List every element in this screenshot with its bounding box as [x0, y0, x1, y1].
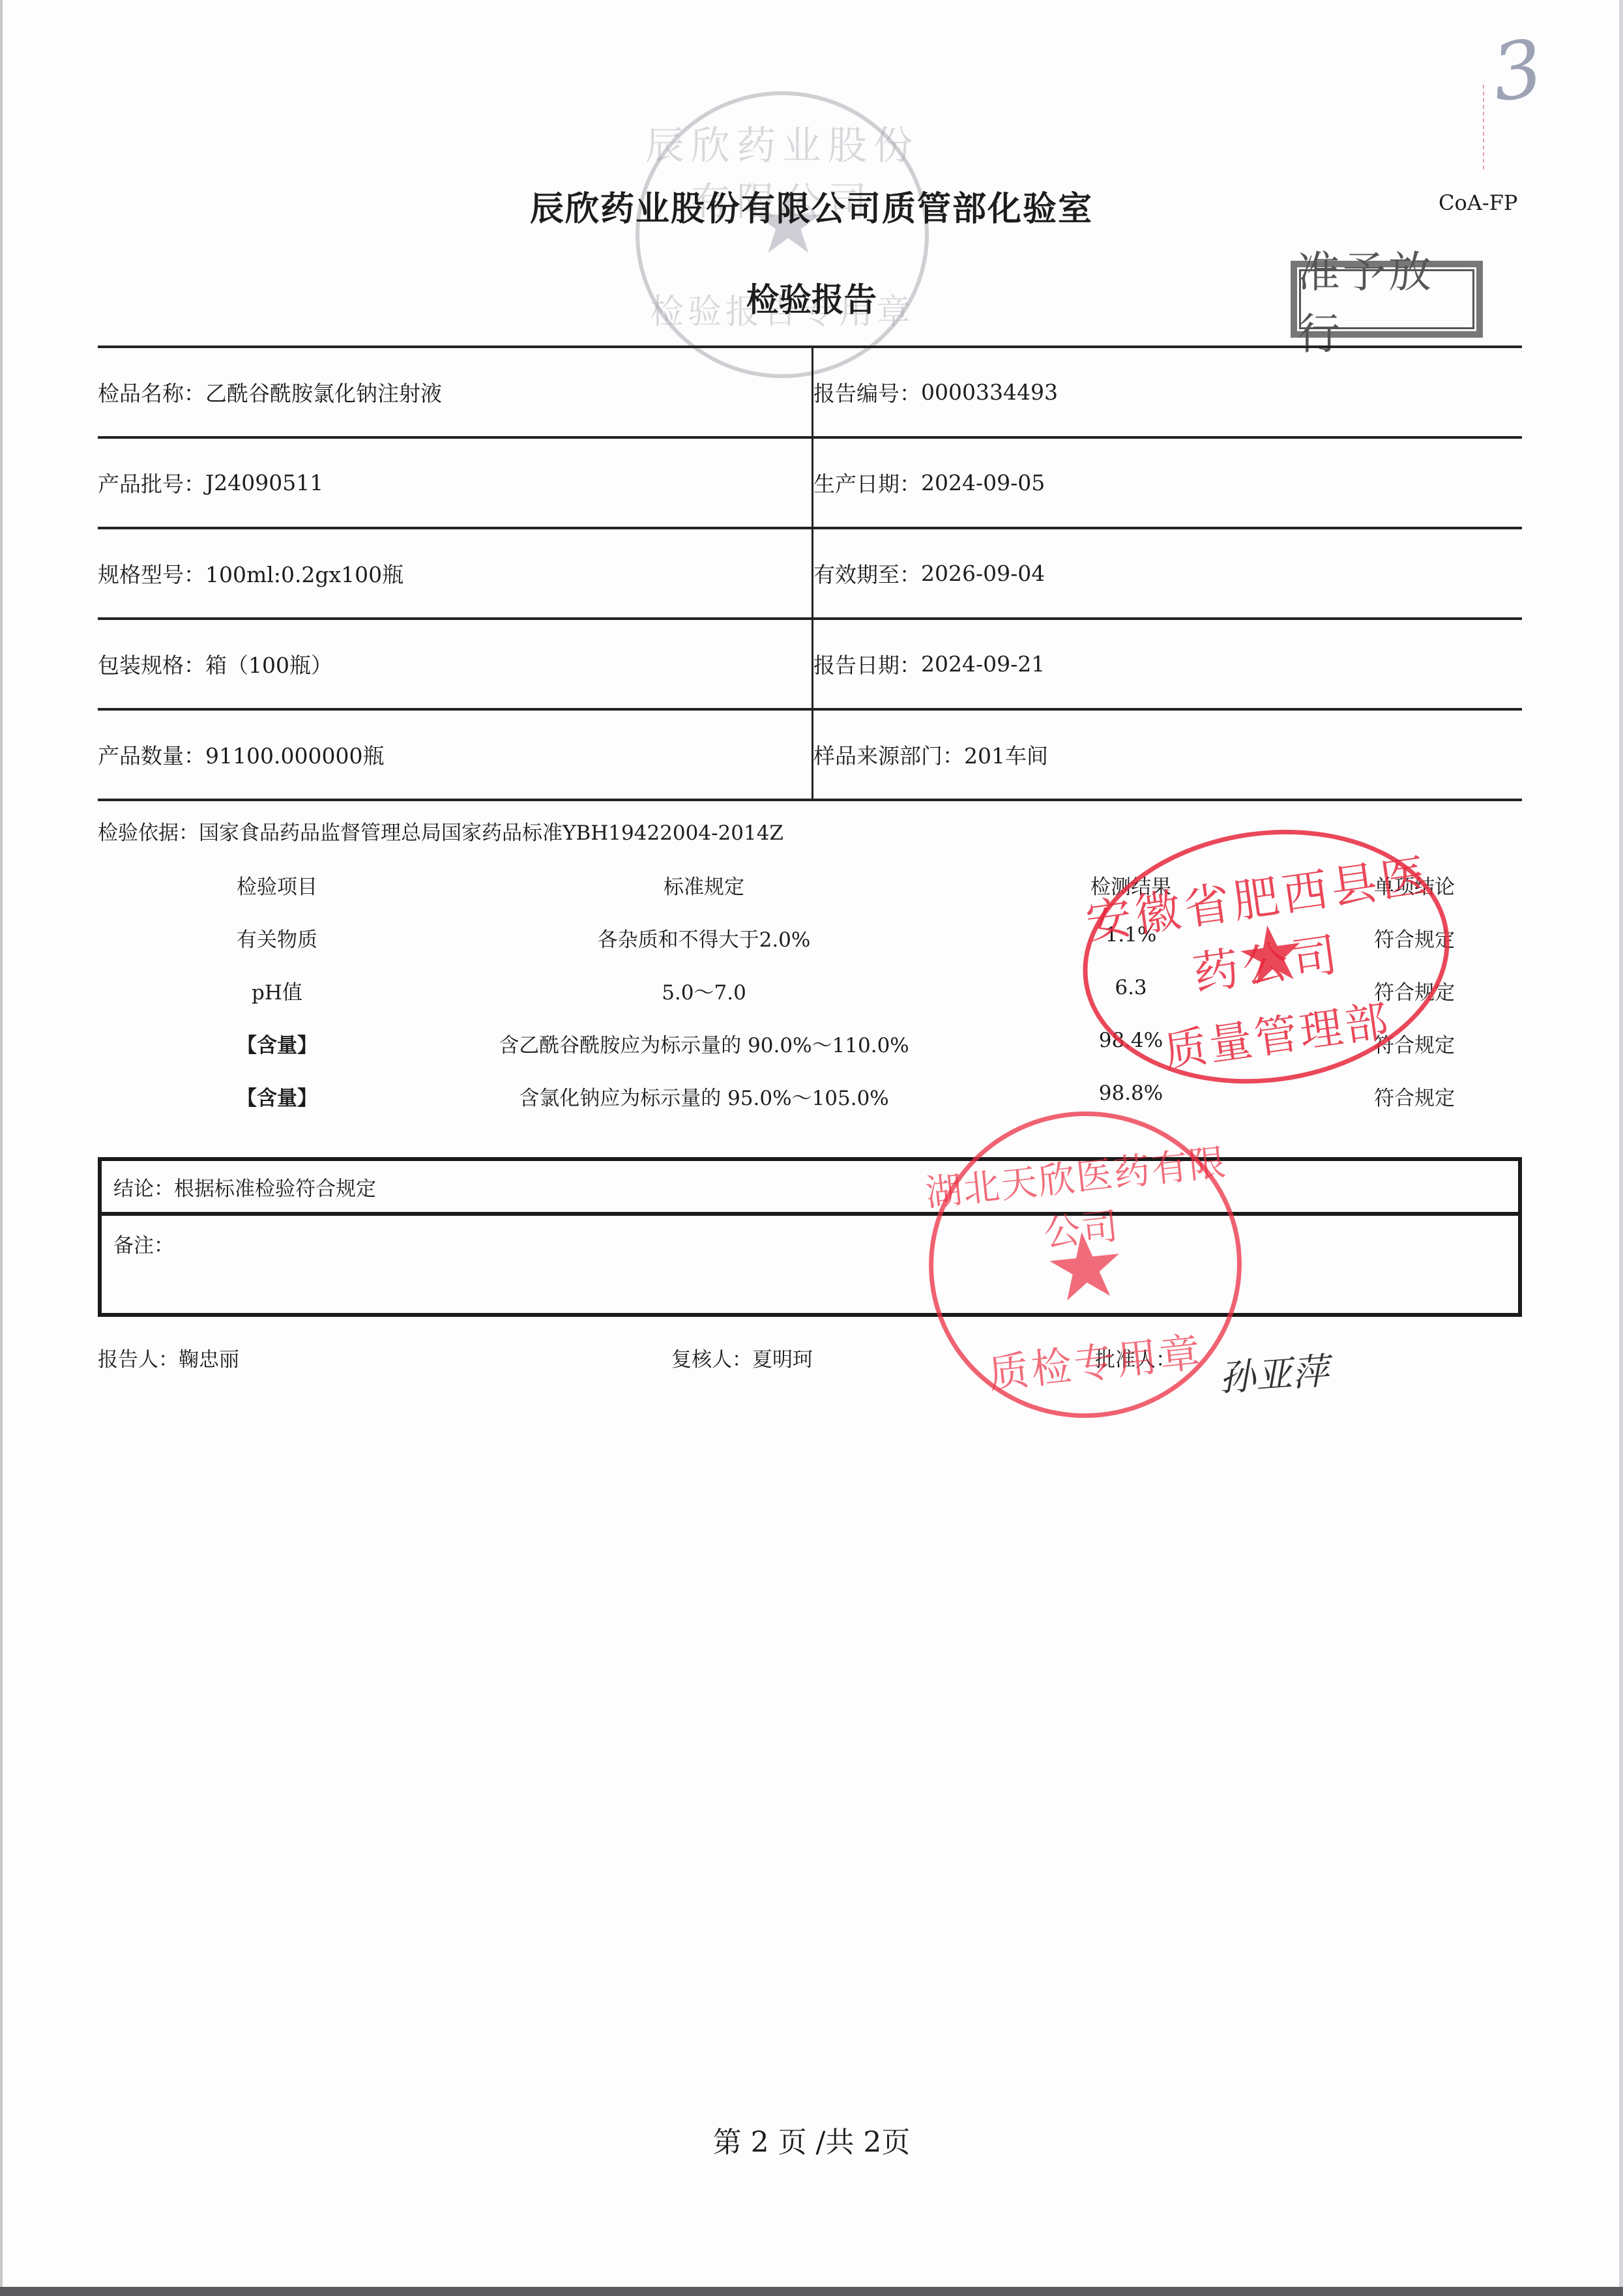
info-row: 包装规格：箱（100瓶） 报告日期：2024-09-21 — [98, 617, 1522, 708]
test-basis-value: 国家食品药品监督管理总局国家药品标准YBH19422004-2014Z — [199, 821, 783, 845]
info-row: 规格型号：100ml:0.2gx100瓶 有效期至：2026-09-04 — [98, 527, 1522, 617]
scan-bottom-edge — [0, 2287, 1623, 2296]
red-stamp-qc-seal: 湖北天欣医药有限公司 ★ 质检专用章 — [914, 1096, 1257, 1434]
grey-company-stamp: 辰欣药业股份有限公司 ★ 检验报告专用章 — [636, 91, 929, 378]
document-title: 辰欣药业股份有限公司质管部化验室 — [0, 181, 1623, 230]
star-icon: ★ — [1231, 905, 1313, 1005]
reporter: 报告人：鞠忠丽 — [98, 1343, 239, 1372]
page-footer: 第 2 页 /共 2页 — [0, 2119, 1623, 2160]
handwritten-page-number: 3 — [1487, 23, 1549, 119]
header-item: 检验项目 — [212, 870, 342, 900]
test-basis-label: 检验依据： — [98, 821, 199, 845]
info-row: 产品批号：J24090511 生产日期：2024-09-05 — [98, 436, 1522, 527]
info-cell-report-number: 报告编号：0000334493 — [811, 348, 1524, 436]
info-cell-specification: 规格型号：100ml:0.2gx100瓶 — [98, 529, 811, 617]
info-row: 产品数量：91100.000000瓶 样品来源部门：201车间 — [98, 708, 1522, 801]
info-cell-quantity: 产品数量：91100.000000瓶 — [98, 711, 811, 799]
info-cell-production-date: 生产日期：2024-09-05 — [811, 439, 1524, 527]
remarks-row: 备注： — [102, 1216, 1518, 1271]
scan-left-edge — [0, 0, 3, 2296]
document-code: CoA-FP — [1439, 190, 1517, 215]
test-basis: 检验依据：国家食品药品监督管理总局国家药品标准YBH19422004-2014Z — [98, 816, 783, 846]
conclusion-box: 结论：根据标准检验符合规定 备注： — [98, 1157, 1522, 1317]
info-cell-packaging: 包装规格：箱（100瓶） — [98, 620, 811, 708]
info-cell-report-date: 报告日期：2024-09-21 — [811, 620, 1524, 708]
conclusion-value: 根据标准检验符合规定 — [174, 1172, 376, 1201]
release-approval-stamp: 准予放行 — [1291, 261, 1483, 338]
remarks-label: 备注： — [113, 1234, 174, 1258]
scan-right-edge — [1619, 0, 1623, 2296]
result-row: 【含量】 含氯化钠应为标示量的 95.0%～105.0% 98.8% 符合规定 — [98, 1082, 1522, 1134]
info-row: 检品名称：乙酰谷酰胺氯化钠注射液 报告编号：0000334493 — [98, 346, 1522, 436]
info-cell-expiry-date: 有效期至：2026-09-04 — [811, 529, 1524, 617]
info-cell-batch-number: 产品批号：J24090511 — [98, 439, 811, 527]
header-standard: 标准规定 — [443, 870, 965, 900]
conclusion-row: 结论：根据标准检验符合规定 — [102, 1161, 1518, 1216]
reviewer: 复核人：夏明珂 — [671, 1343, 813, 1372]
product-info-table: 检品名称：乙酰谷酰胺氯化钠注射液 报告编号：0000334493 产品批号：J2… — [98, 346, 1522, 801]
red-mark — [1483, 85, 1485, 169]
stamp-b-bottom-text: 质检专用章 — [941, 1315, 1250, 1404]
conclusion-label: 结论： — [113, 1172, 174, 1201]
info-cell-sample-source: 样品来源部门：201车间 — [811, 711, 1524, 799]
star-icon: ★ — [1039, 1210, 1132, 1324]
info-cell-product-name: 检品名称：乙酰谷酰胺氯化钠注射液 — [98, 348, 811, 436]
